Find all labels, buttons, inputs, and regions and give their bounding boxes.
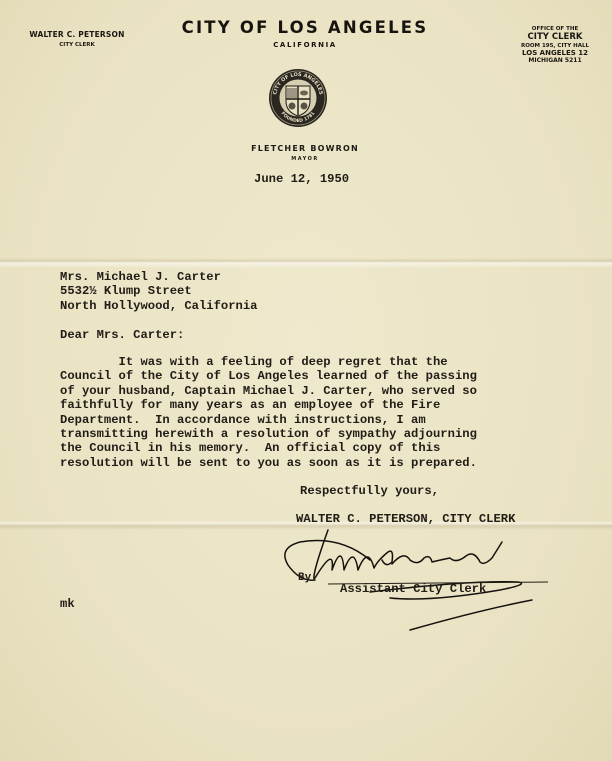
- mayor-title: MAYOR: [230, 156, 380, 162]
- letterhead-center: CITY OF LOS ANGELES CALIFORNIA: [160, 18, 450, 49]
- office-city: LOS ANGELES 12: [500, 49, 610, 57]
- office-phone: MICHIGAN 5211: [500, 57, 610, 64]
- state-name: CALIFORNIA: [160, 41, 450, 49]
- signatory-title: Assistant City Clerk: [340, 582, 486, 596]
- body-line: It was with a feeling of deep regret tha…: [60, 355, 477, 369]
- handwritten-signature: [270, 520, 570, 640]
- closing: Respectfully yours,: [300, 484, 439, 498]
- city-name: CITY OF LOS ANGELES: [160, 18, 450, 37]
- recipient-street: 5532½ Klump Street: [60, 284, 257, 298]
- typist-initials: mk: [60, 597, 75, 611]
- body-line: of your husband, Captain Michael J. Cart…: [60, 384, 477, 398]
- body-line: transmitting herewith a resolution of sy…: [60, 427, 477, 441]
- body-line: the Council in his memory. An official c…: [60, 441, 477, 455]
- body-line: resolution will be sent to you as soon a…: [60, 456, 477, 470]
- salutation: Dear Mrs. Carter:: [60, 328, 184, 342]
- by-label: By: [298, 571, 311, 585]
- recipient-address: Mrs. Michael J. Carter5532½ Klump Street…: [60, 270, 257, 313]
- recipient-city: North Hollywood, California: [60, 299, 257, 313]
- letterhead-right: OFFICE OF THE CITY CLERK ROOM 195, CITY …: [500, 26, 610, 64]
- body-line: Council of the City of Los Angeles learn…: [60, 369, 477, 383]
- city-seal-icon: CITY OF LOS ANGELES FOUNDED 1781: [268, 68, 328, 128]
- body-line: Department. In accordance with instructi…: [60, 413, 477, 427]
- office-name: CITY CLERK: [500, 32, 610, 42]
- mayor-block: FLETCHER BOWRON MAYOR: [230, 144, 380, 162]
- clerk-title: CITY CLERK: [22, 42, 132, 48]
- letter-body: It was with a feeling of deep regret tha…: [60, 355, 477, 470]
- body-line: faithfully for many years as an employee…: [60, 398, 477, 412]
- mayor-name: FLETCHER BOWRON: [230, 144, 380, 153]
- clerk-name: WALTER C. PETERSON: [22, 30, 132, 39]
- letterhead-left: WALTER C. PETERSON CITY CLERK: [22, 30, 132, 48]
- recipient-name: Mrs. Michael J. Carter: [60, 270, 257, 284]
- letter-date: June 12, 1950: [254, 172, 349, 186]
